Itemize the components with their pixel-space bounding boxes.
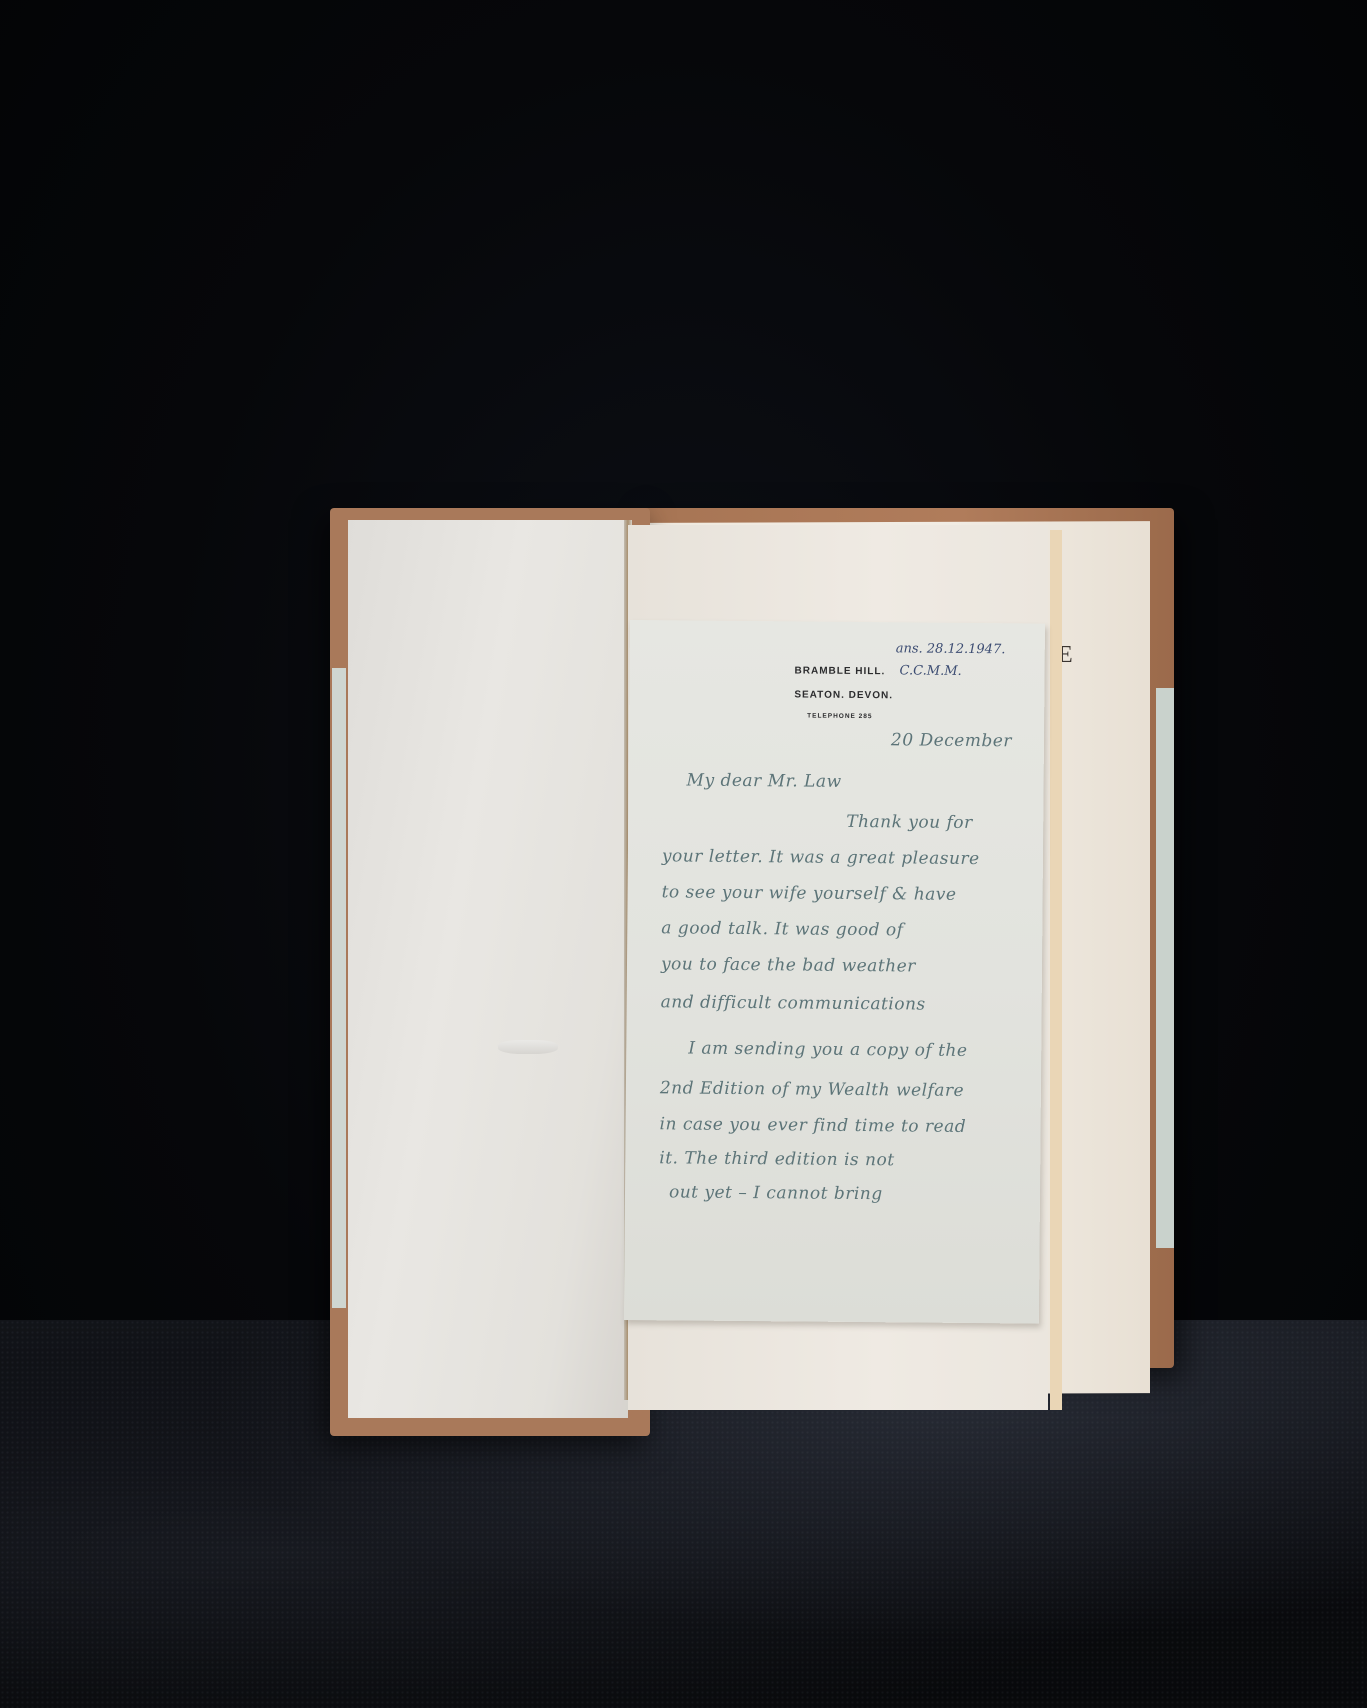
letter-salutation: My dear Mr. Law xyxy=(687,771,842,792)
letter-line: I am sending you a copy of the xyxy=(688,1039,967,1061)
handwritten-letter: BRAMBLE HILL. SEATON. DEVON. TELEPHONE 2… xyxy=(624,620,1045,1324)
letterhead-house: BRAMBLE HILL. xyxy=(794,659,893,684)
letterhead: BRAMBLE HILL. SEATON. DEVON. TELEPHONE 2… xyxy=(794,659,893,726)
letter-line: your letter. It was a great pleasure xyxy=(662,846,980,869)
letter-line: out yet – I cannot bring xyxy=(669,1182,883,1204)
paper-crease xyxy=(498,1040,558,1054)
letter-line: in case you ever find time to read xyxy=(660,1114,967,1137)
letter-line: you to face the bad weather xyxy=(661,954,916,976)
letterhead-town: SEATON. DEVON. xyxy=(794,683,893,708)
cover-tape-strip xyxy=(1156,688,1174,1248)
page-edge xyxy=(1050,530,1062,1410)
letterhead-telephone: TELEPHONE 285 xyxy=(807,708,893,727)
letter-date: 20 December xyxy=(891,730,1012,751)
letter-line: 2nd Edition of my Wealth welfare xyxy=(660,1078,964,1101)
cover-tape-strip-left xyxy=(332,668,346,1308)
letter-line: to see your wife yourself & have xyxy=(662,882,957,905)
letter-line: a good talk. It was good of xyxy=(661,918,903,940)
letter-line: it. The third edition is not xyxy=(659,1148,894,1170)
answered-annotation: ans. 28.12.1947. C.C.M.M. xyxy=(895,638,1005,683)
answered-date: ans. 28.12.1947. xyxy=(896,641,1006,657)
letter-line: Thank you for xyxy=(846,812,973,833)
annotation-initials: C.C.M.M. xyxy=(899,660,1005,683)
letter-line: and difficult communications xyxy=(661,992,926,1014)
left-endpaper xyxy=(348,520,628,1418)
